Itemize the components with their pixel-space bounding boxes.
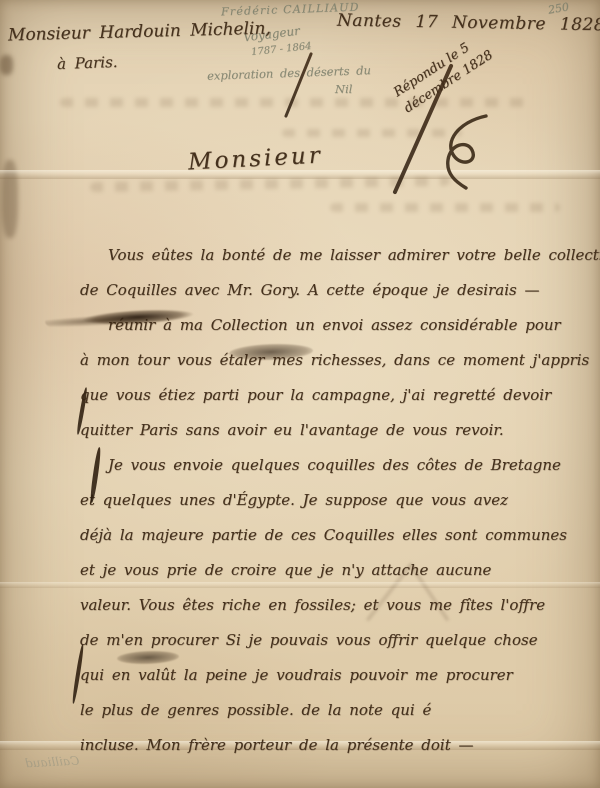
body-line: déjà la majeure partie de ces Coquilles … [80,518,580,553]
dateline: Nantes 17 Novembre 1828. [337,11,600,36]
bleedthrough-smudge [330,203,560,212]
letter-page: Frédéric CAILLIAUD Voyageur 1787 - 1864 … [0,0,600,788]
annotation-subject-line1: exploration des déserts du [207,63,371,83]
pen-flourish-icon [428,112,498,190]
recipient-line: Monsieur Hardouin Michelin, [8,19,271,46]
fold-crease [0,170,600,179]
body-line: à mon tour vous étaler mes richesses, da… [80,343,580,378]
body-line: incluse. Mon frère porteur de la présent… [80,728,580,763]
edge-ink-smudge [0,55,13,75]
body-line: Je vous envoie quelques coquilles des cô… [80,448,580,483]
bleedthrough-smudge [60,98,530,107]
body-line: et je vous prie de croire que je n'y att… [80,553,580,588]
annotation-subject-line2: Nil [335,82,352,96]
body-line: valeur. Vous êtes riche en fossiles; et … [80,588,580,623]
body-line: Vous eûtes la bonté de me laisser admire… [80,238,580,273]
body-line: quitter Paris sans avoir eu l'avantage d… [80,413,580,448]
body-line: le plus de genres possible. de la note q… [80,693,580,728]
recipient-city: à Paris. [57,53,118,73]
annotation-life-dates: 1787 - 1864 [251,41,312,58]
body-line: et quelques unes d'Égypte. Je suppose qu… [80,483,580,518]
verso-pencil-name: Cailliaud [25,754,80,771]
body-line: que vous étiez parti pour la campagne, j… [80,378,580,413]
pen-stroke [284,52,313,118]
